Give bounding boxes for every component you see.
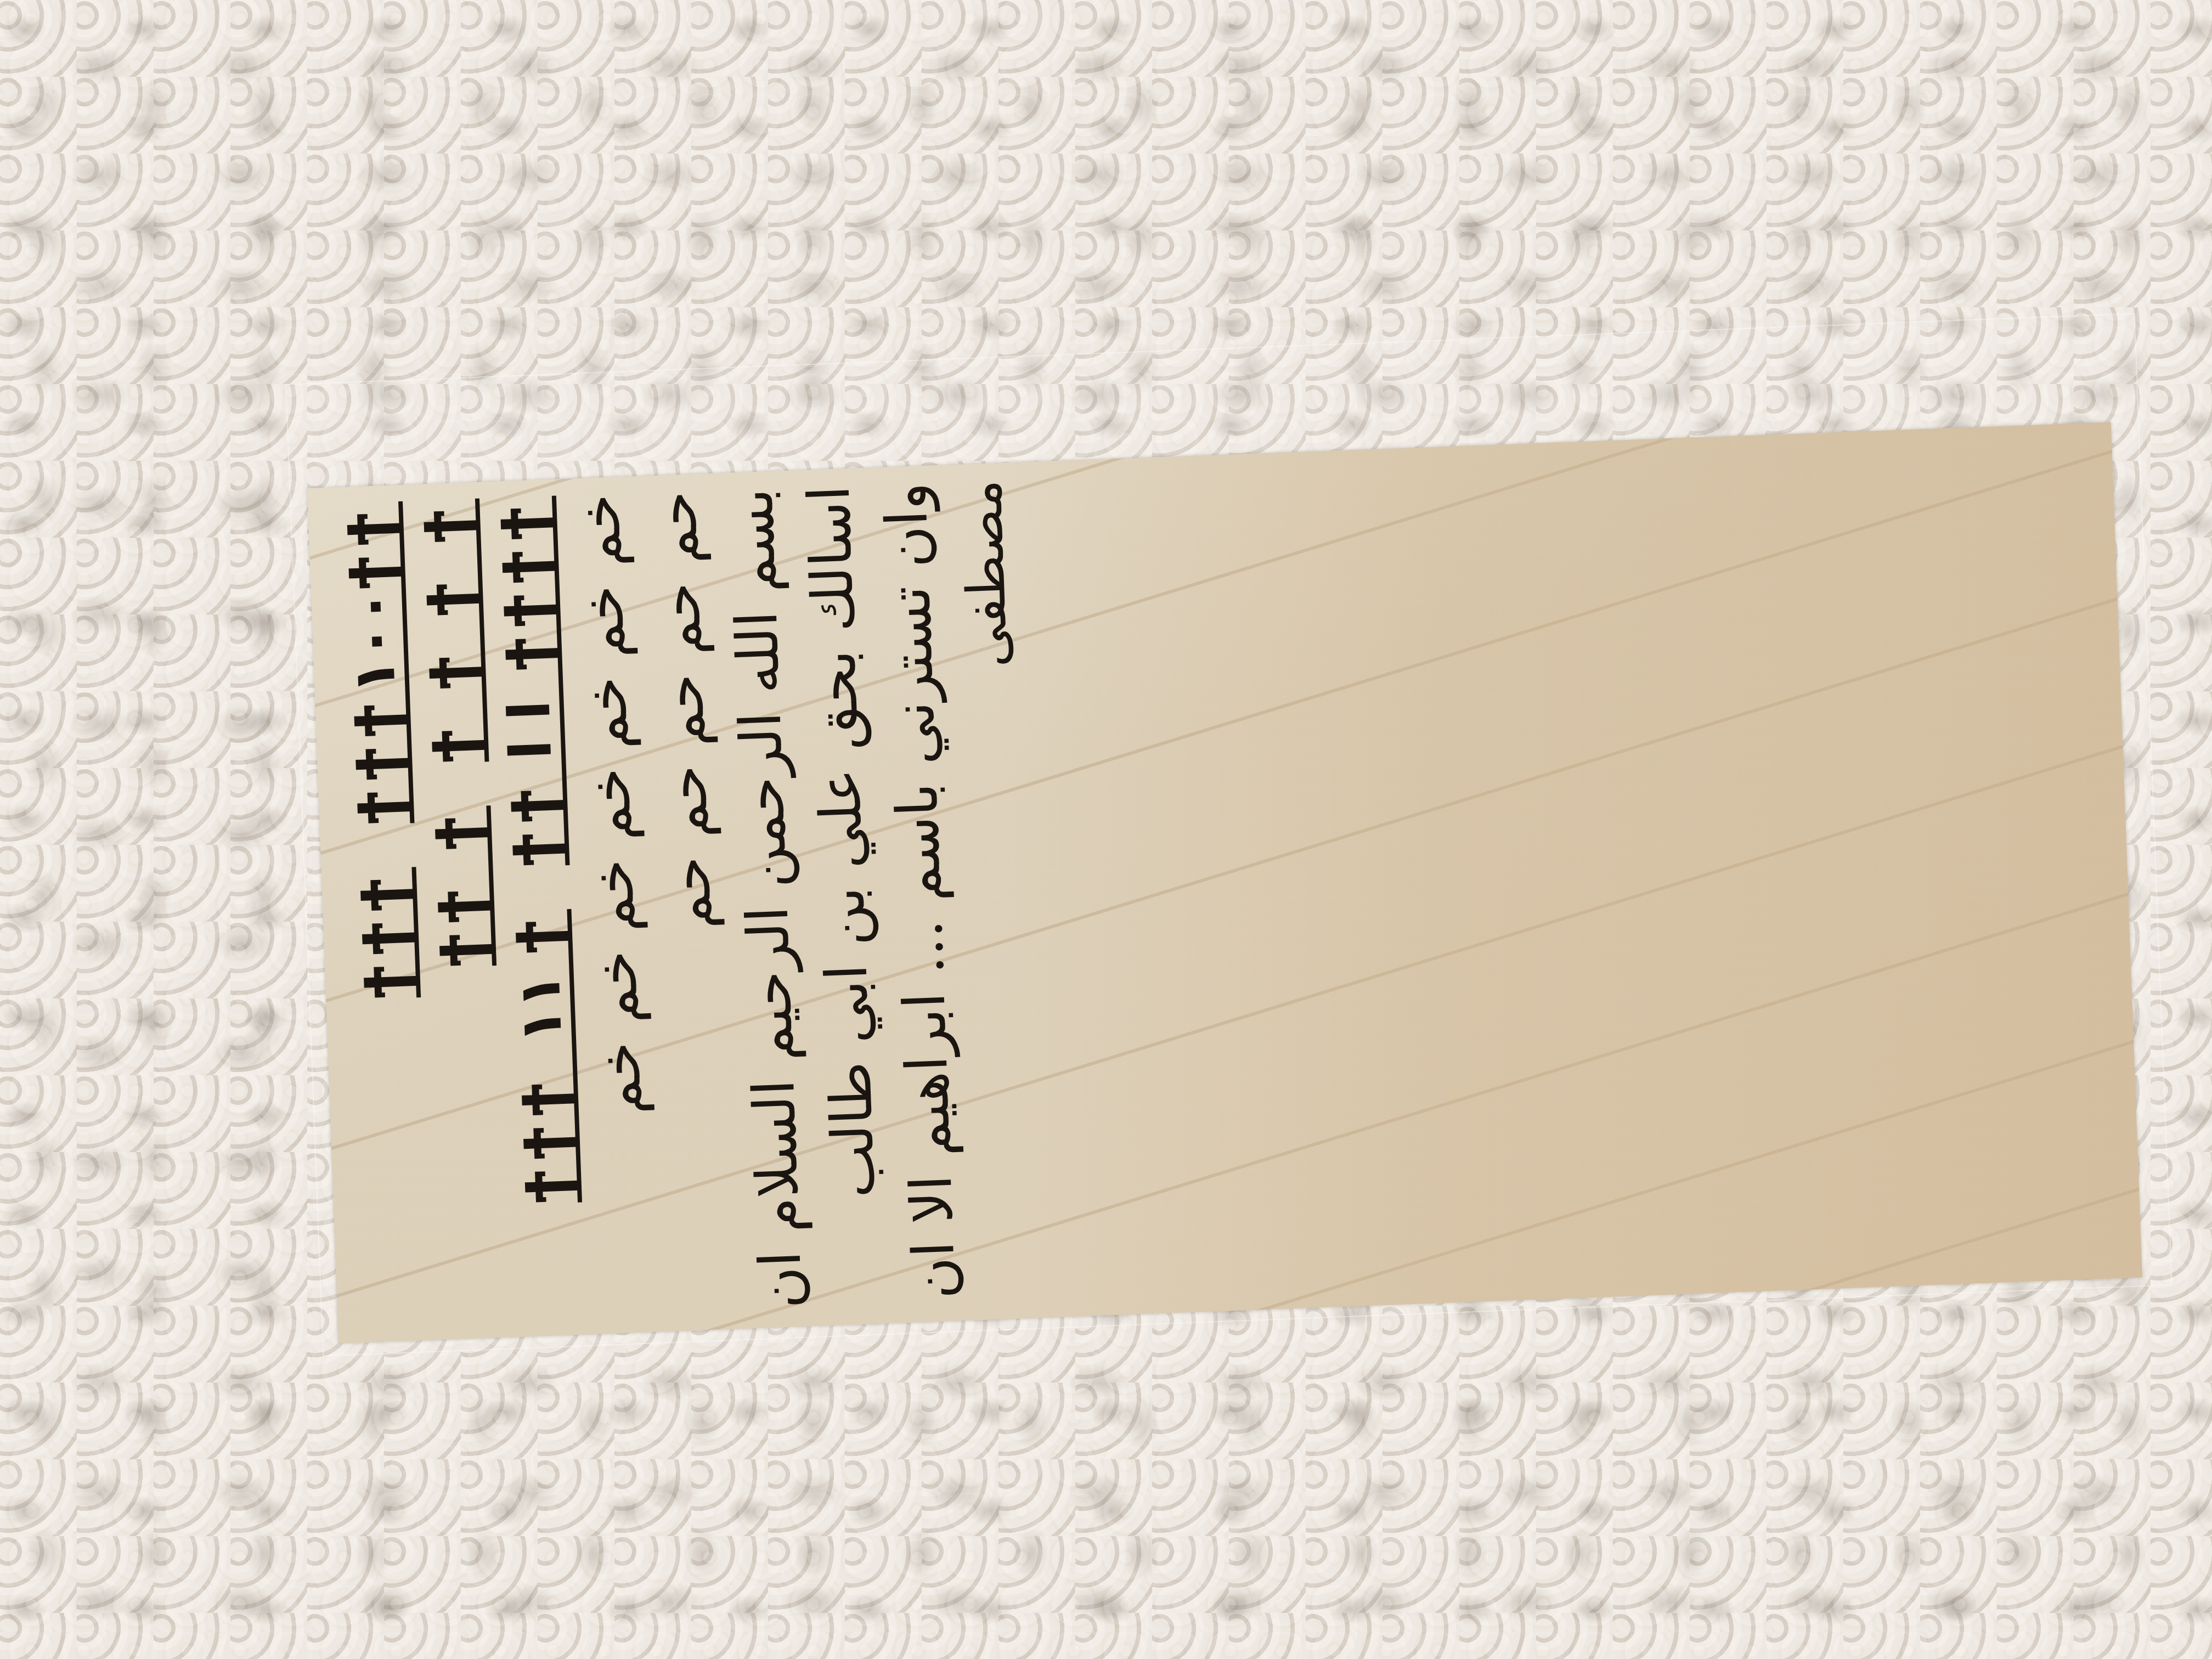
age-stain <box>992 422 2142 1318</box>
talisman-segment: ϯϯϯ۱۰٠ϯϯ <box>338 501 414 826</box>
talisman-segment: ϯϯϯϯ ا ا ϯϯ <box>492 495 570 867</box>
handwritten-text-block: ϯϯϯ۱۰٠ϯϯϯϯϯ ϯ ϯ ϯ ϯϯϯ ϯ ϯϯϯϯ ا ا ϯϯϯϯϯ ۱… <box>329 464 1017 1299</box>
talisman-segment: ϯϯ ϯ <box>426 805 496 968</box>
handwritten-paper-slip: ϯϯϯ۱۰٠ϯϯϯϯϯ ϯ ϯ ϯ ϯϯϯ ϯ ϯϯϯϯ ا ا ϯϯϯϯϯ ۱… <box>307 422 2142 1344</box>
talisman-segment: ϯϯϯ <box>352 867 421 1000</box>
talisman-segment: ϯϯϯ ۱۱ ϯ <box>507 909 583 1205</box>
talisman-segment: ϯ ϯ ϯ ϯ <box>415 499 489 764</box>
